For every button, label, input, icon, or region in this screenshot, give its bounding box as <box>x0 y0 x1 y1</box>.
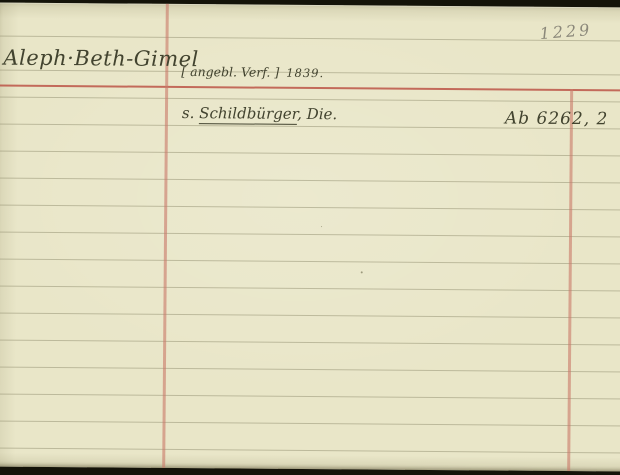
paper-speck <box>361 271 363 273</box>
shelfmark: Ab 6262, 2 <box>505 109 609 130</box>
reference-suffix: , Die. <box>297 105 337 123</box>
annotation-year: 1839. <box>286 66 324 80</box>
catalog-card: 1229 Aleph·Beth-Gimel [ angebl. Verf. ]1… <box>0 3 620 472</box>
paper-speck <box>321 226 322 227</box>
reference-title: Schildbürger <box>199 104 297 125</box>
scan-background: 1229 Aleph·Beth-Gimel [ angebl. Verf. ]1… <box>0 0 620 475</box>
see-reference: s. Schildbürger, Die. <box>182 104 337 123</box>
reference-prefix: s. <box>182 104 199 122</box>
card-heading: Aleph·Beth-Gimel <box>3 46 199 72</box>
annotation-text: [ angebl. Verf. ] <box>181 64 279 80</box>
annotation-line: [ angebl. Verf. ]1839. <box>181 64 324 80</box>
